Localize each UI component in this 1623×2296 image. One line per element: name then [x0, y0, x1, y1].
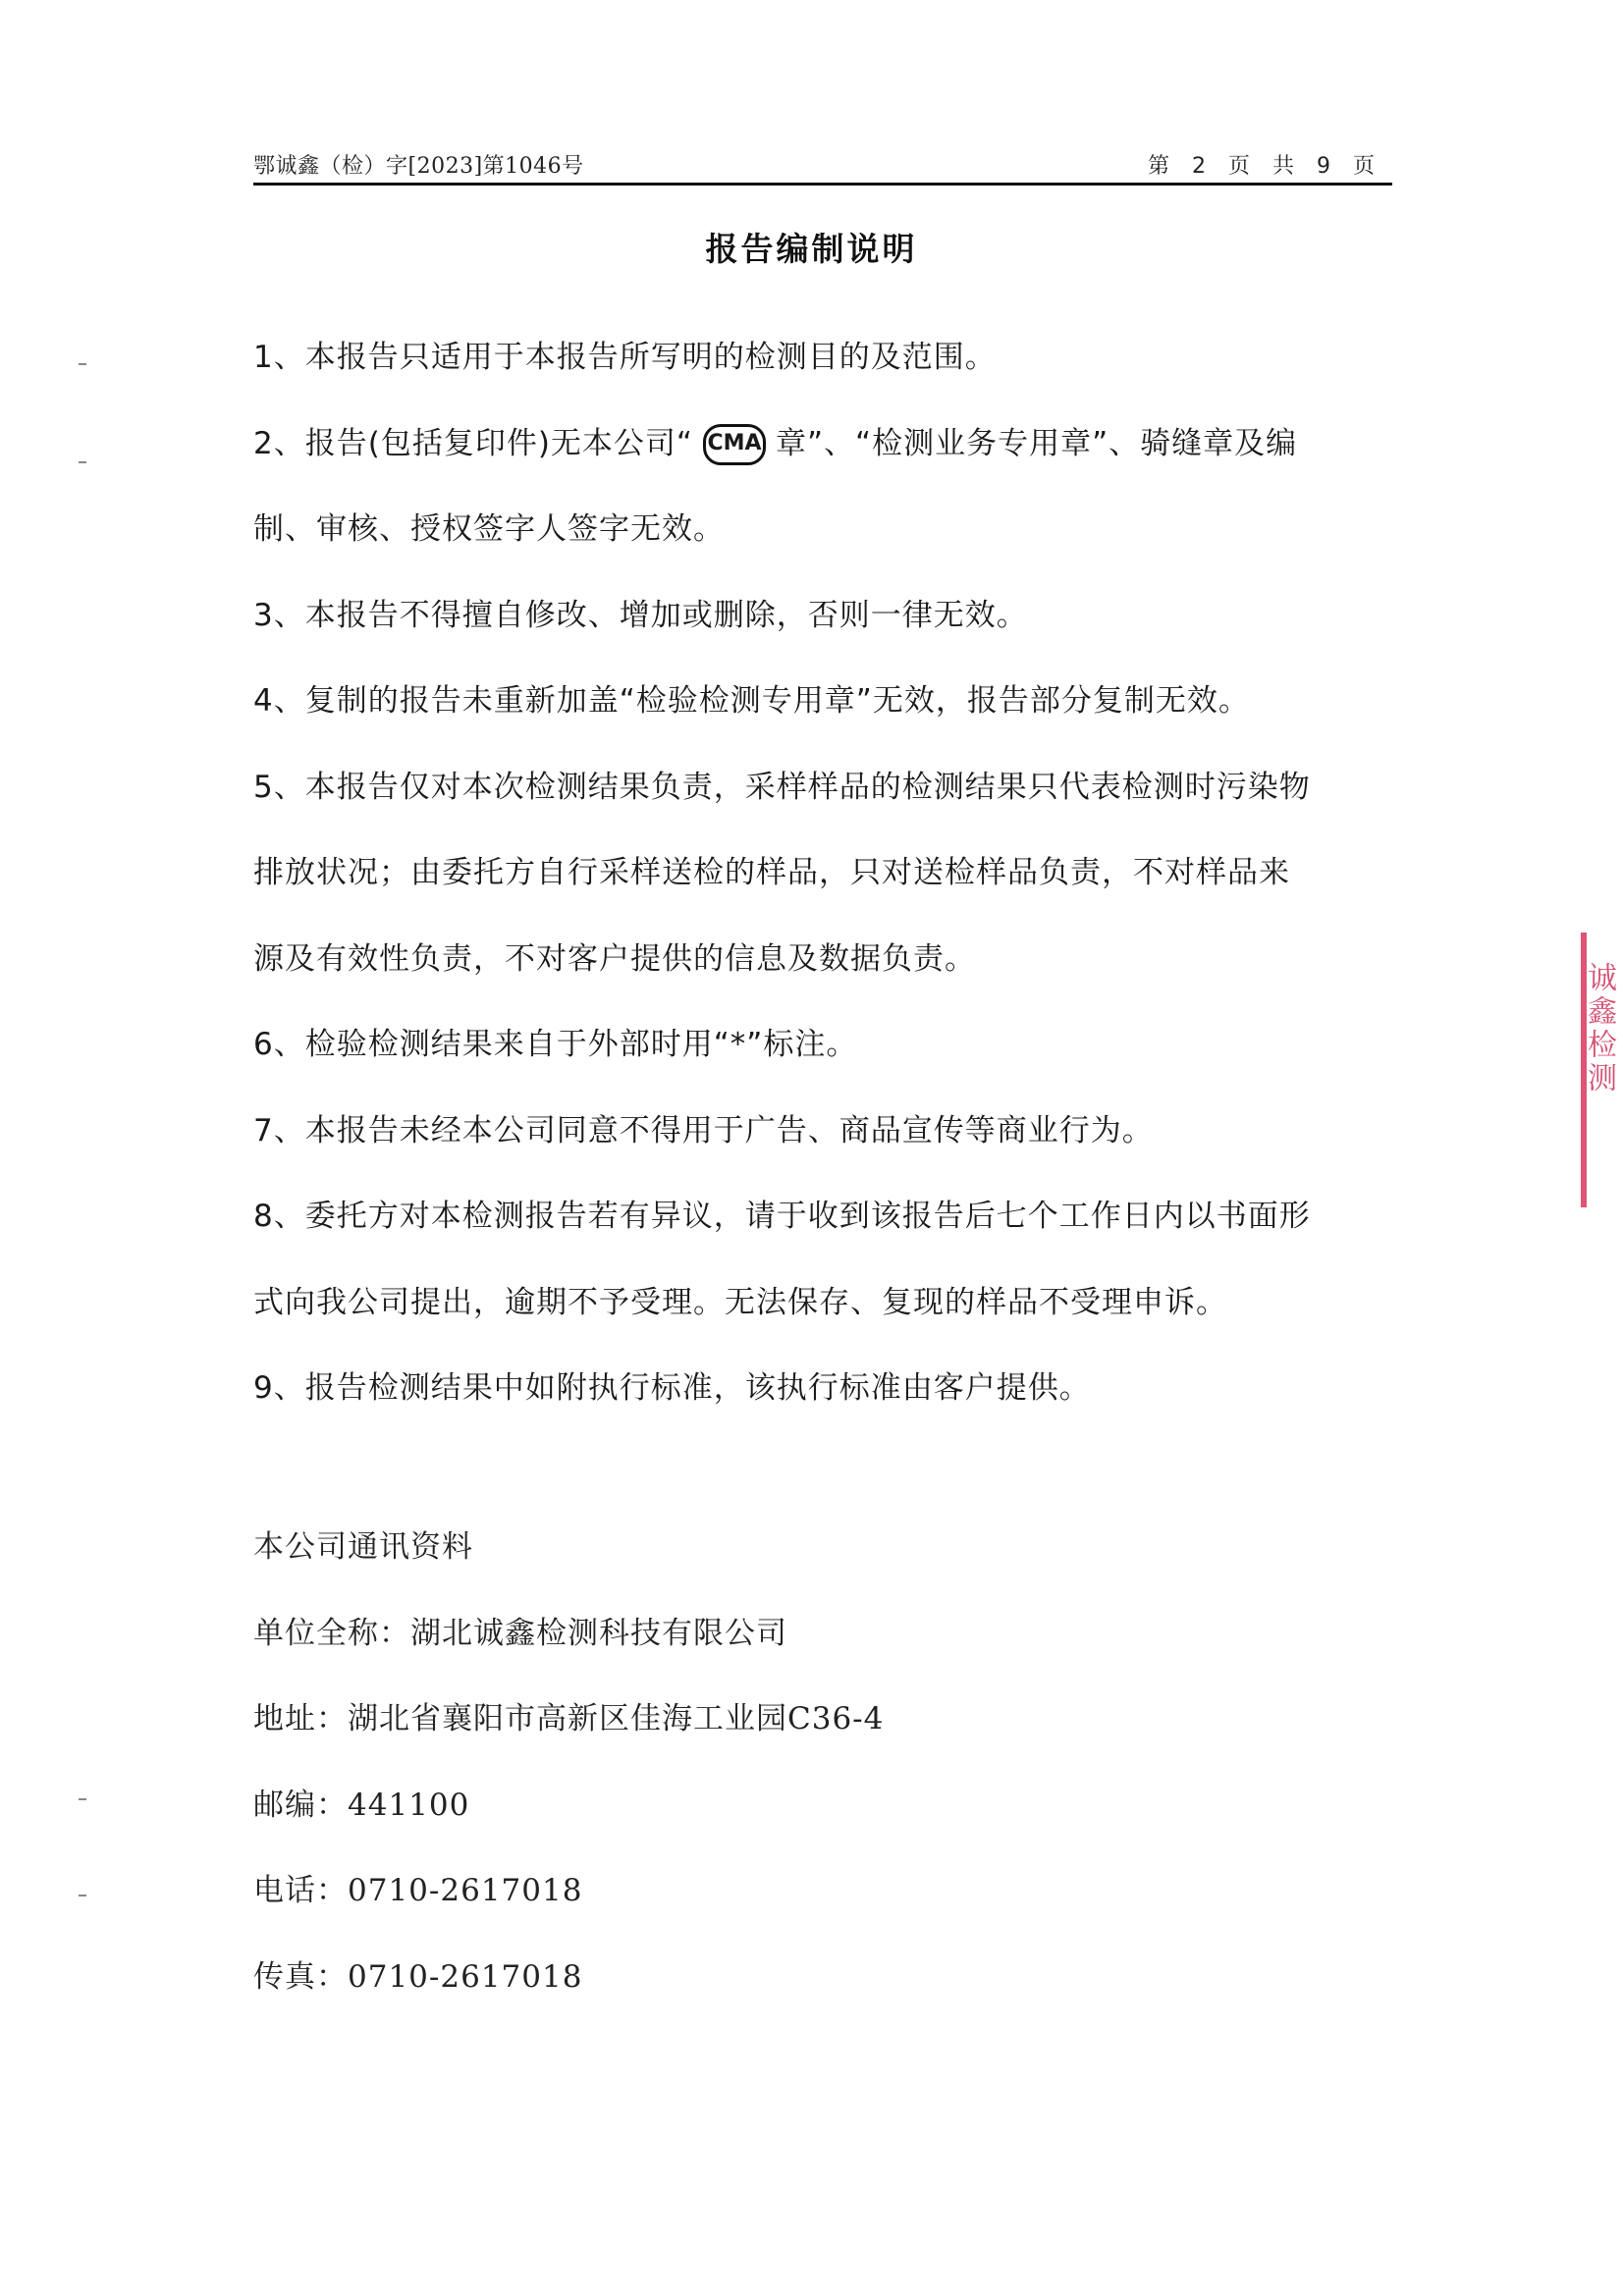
document-title: 报告编制说明 [0, 224, 1623, 270]
header-divider [253, 183, 1392, 186]
clause-list: 1、本报告只适用于本报告所写明的检测目的及范围。 2、报告(包括复印件)无本公司… [253, 330, 1402, 1447]
contact-heading: 本公司通讯资料 [253, 1520, 1333, 1606]
clause-3: 3、本报告不得擅自修改、增加或删除，否则一律无效。 [253, 588, 1402, 674]
clause-1: 1、本报告只适用于本报告所写明的检测目的及范围。 [253, 330, 1402, 416]
clause-8-line-1: 8、委托方对本检测报告若有异议，请于收到该报告后七个工作日内以书面形 [253, 1189, 1402, 1275]
clause-5-line-2: 排放状况；由委托方自行采样送检的样品，只对送检样品负责，不对样品来 [253, 845, 1402, 932]
page-indicator: 第 2 页 共 9 页 [1148, 149, 1382, 180]
page-header: 鄂诚鑫（检）字[2023]第1046号 第 2 页 共 9 页 [253, 147, 1392, 187]
contact-fax: 传真：0710-2617018 [253, 1949, 1333, 2036]
clause-6: 6、检验检测结果来自于外部时用“*”标注。 [253, 1017, 1402, 1103]
contact-phone: 电话：0710-2617018 [253, 1863, 1333, 1949]
clause-7: 7、本报告未经本公司同意不得用于广告、商品宣传等商业行为。 [253, 1103, 1402, 1190]
clause-9: 9、报告检测结果中如附执行标准，该执行标准由客户提供。 [253, 1361, 1402, 1447]
clause-8-line-2: 式向我公司提出，逾期不予受理。无法保存、复现的样品不受理申诉。 [253, 1275, 1402, 1362]
contact-company: 单位全称：湖北诚鑫检测科技有限公司 [253, 1606, 1333, 1692]
clause-2-line-2: 制、审核、授权签字人签字无效。 [253, 502, 1402, 588]
scan-artifact-mark [79, 1798, 86, 1800]
clause-5-line-1: 5、本报告仅对本次检测结果负责，采样样品的检测结果只代表检测时污染物 [253, 760, 1402, 846]
contact-address: 地址：湖北省襄阳市高新区佳海工业园C36-4 [253, 1691, 1333, 1778]
clause-2-text-before: 2、报告(包括复印件)无本公司“ [253, 426, 693, 461]
clause-4: 4、复制的报告未重新加盖“检验检测专用章”无效，报告部分复制无效。 [253, 673, 1402, 760]
scan-artifact-mark [79, 461, 86, 463]
contact-info: 本公司通讯资料 单位全称：湖北诚鑫检测科技有限公司 地址：湖北省襄阳市高新区佳海… [253, 1520, 1333, 2035]
clause-2-line-1: 2、报告(包括复印件)无本公司“CMA章”、“检测业务专用章”、骑缝章及编 [253, 416, 1402, 503]
clause-2-text-after: 章”、“检测业务专用章”、骑缝章及编 [776, 426, 1297, 461]
scan-artifact-mark [79, 1895, 86, 1896]
report-number: 鄂诚鑫（检）字[2023]第1046号 [253, 149, 584, 180]
seam-seal-text: 诚鑫检测 [1585, 962, 1620, 1095]
scan-artifact-mark [79, 363, 86, 365]
cma-mark-icon: CMA [703, 424, 766, 465]
clause-5-line-3: 源及有效性负责，不对客户提供的信息及数据负责。 [253, 932, 1402, 1018]
contact-postcode: 邮编：441100 [253, 1778, 1333, 1864]
